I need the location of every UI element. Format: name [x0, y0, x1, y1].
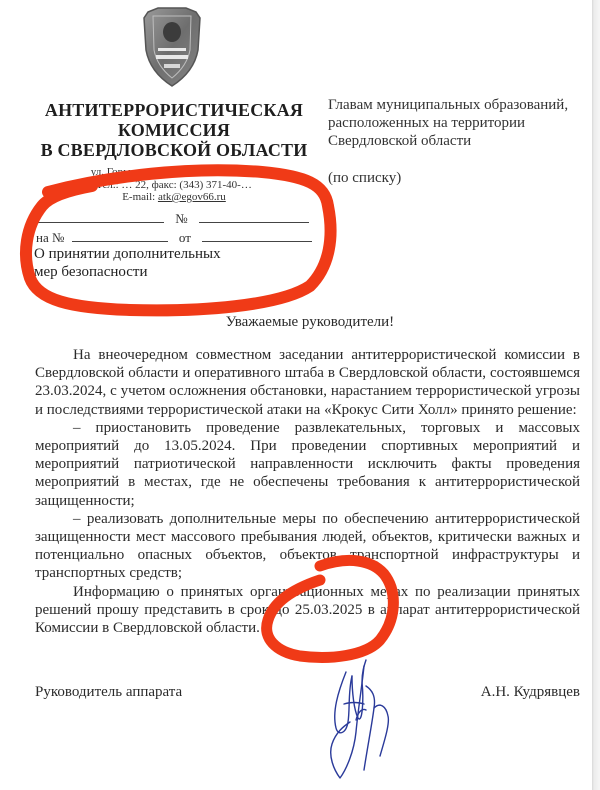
recipient-block: Главам муниципальных образований, распол… [328, 96, 588, 150]
body-paragraph: – приостановить проведение развлекательн… [35, 419, 580, 510]
recipient-note: (по списку) [328, 170, 401, 187]
organization-name-line: АНТИТЕРРОРИСТИЧЕСКАЯ [40, 100, 308, 120]
body-paragraph: На внеочередном совместном заседании ант… [35, 346, 580, 419]
in-reply-number-blank [72, 229, 168, 242]
shield-emblem-icon [140, 6, 204, 88]
in-reply-label: на № [36, 230, 64, 245]
recipient-line: Главам муниципальных образований, [328, 96, 588, 114]
phone-line: Тел.: … 22, факс: (343) 371-40-… [40, 179, 308, 192]
email-line: E-mail: atk@egov66.ru [40, 191, 308, 204]
address-line: ул. Горького, д. 21, г. Е… … 620151 [40, 166, 308, 179]
email-label: E-mail: [122, 191, 155, 203]
organization-name: АНТИТЕРРОРИСТИЧЕСКАЯ КОМИССИЯ В СВЕРДЛОВ… [40, 100, 308, 160]
subject-line: мер безопасности [34, 263, 221, 281]
outgoing-number-blank [199, 210, 309, 223]
number-label: № [175, 211, 187, 226]
signer-name: А.Н. Кудрявцев [481, 684, 580, 701]
body-paragraph: – реализовать дополнительные меры по обе… [35, 510, 580, 583]
body-paragraph: Информацию о принятых организационных ме… [35, 583, 580, 638]
in-reply-row: на № от [36, 229, 312, 246]
organization-name-line: КОМИССИЯ [40, 120, 308, 140]
in-reply-date-blank [202, 229, 312, 242]
page-edge [592, 0, 600, 790]
email-link[interactable]: atk@egov66.ru [158, 191, 226, 203]
organization-name-line: В СВЕРДЛОВСКОЙ ОБЛАСТИ [40, 140, 308, 160]
organization-address: ул. Горького, д. 21, г. Е… … 620151 Тел.… [40, 166, 308, 204]
letter-body: На внеочередном совместном заседании ант… [35, 346, 580, 637]
outgoing-date-blank [36, 210, 164, 223]
outgoing-number-row: № [36, 210, 309, 227]
recipient-line: расположенных на территории [328, 114, 588, 132]
signer-title: Руководитель аппарата [35, 684, 182, 701]
subject-line: О принятии дополнительных [34, 245, 221, 263]
recipient-line: Свердловской области [328, 132, 588, 150]
date-label: от [179, 230, 191, 245]
signature-icon [318, 652, 408, 782]
letter-subject: О принятии дополнительных мер безопаснос… [34, 245, 221, 281]
greeting: Уважаемые руководители! [0, 314, 600, 331]
